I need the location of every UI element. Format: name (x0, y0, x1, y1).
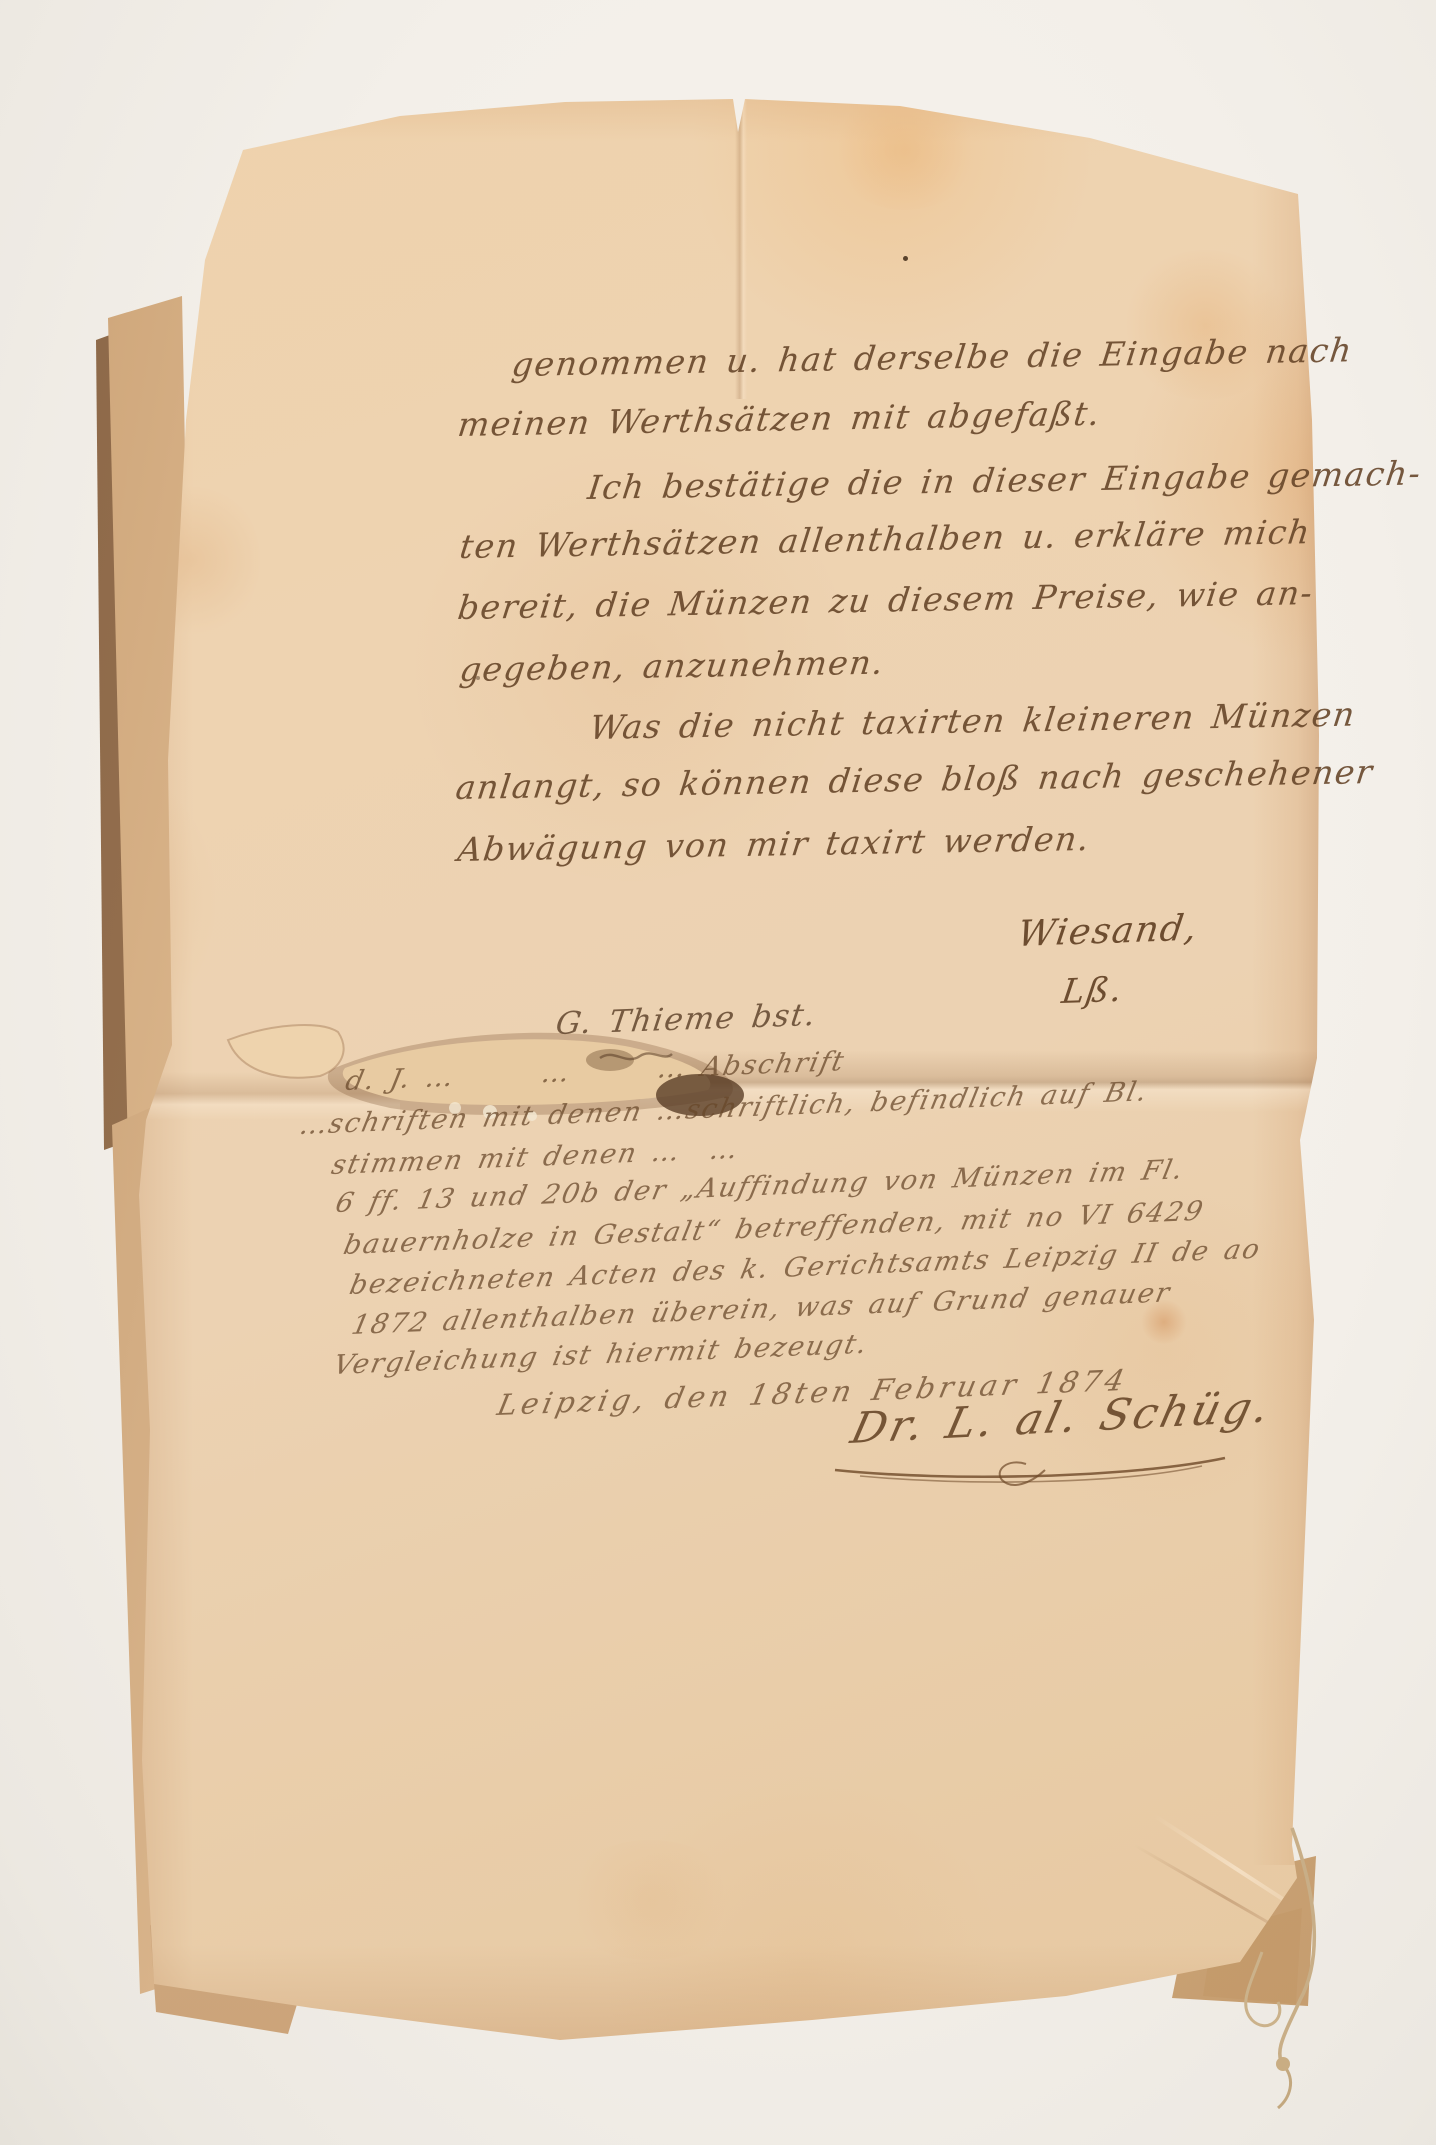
sheet-right-edge-shading (1252, 185, 1322, 1865)
age-stain (560, 1840, 740, 1960)
signature-title: Lß. (1059, 970, 1126, 1012)
sheet-bottom-edge-shading (140, 1945, 1300, 2045)
photograph-of-document: genommen u. hat derselbe die Eingabe nac… (0, 0, 1436, 2145)
sheet-top-edge-shading (230, 96, 1310, 142)
age-stain (830, 90, 980, 210)
signature-name: Wiesand, (1015, 908, 1201, 955)
ink-speck (903, 256, 908, 261)
signature-flourish (830, 1450, 1230, 1494)
manuscript-line: gegeben, anzunehmen. (458, 643, 887, 689)
age-stain (1120, 250, 1290, 400)
binding-thread (1150, 1750, 1436, 2145)
